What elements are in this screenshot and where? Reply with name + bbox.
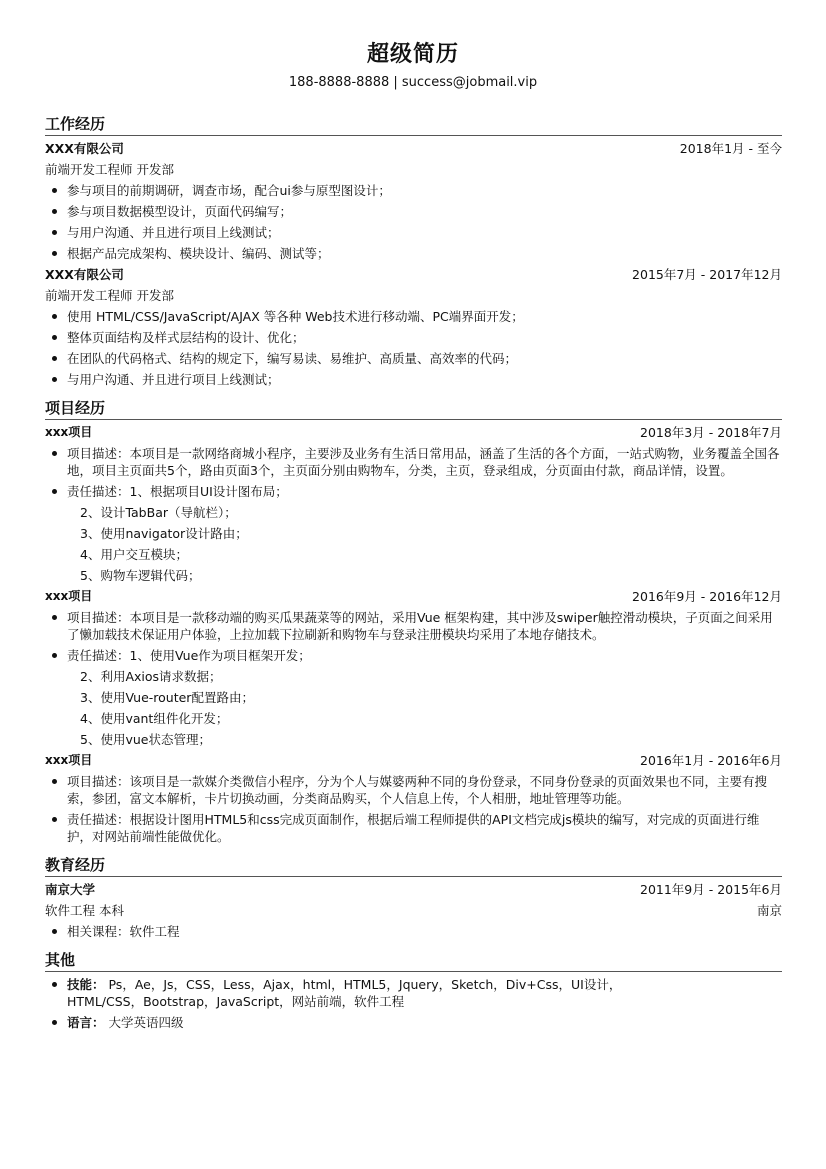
responsibility-step: 5、购物车逻辑代码； bbox=[67, 565, 782, 586]
contact-info: 188-8888-8888 | success@jobmail.vip bbox=[0, 74, 826, 92]
work-date: 2015年7月 - 2017年12月 bbox=[632, 264, 782, 285]
work-bullet: 参与项目的前期调研，调查市场，配合ui参与原型图设计； bbox=[67, 180, 782, 201]
work-bullet: 与用户沟通、并且进行项目上线测试； bbox=[67, 369, 782, 390]
project-entry: xxx项目 2016年1月 - 2016年6月 项目描述：该项目是一款媒介类微信… bbox=[45, 750, 782, 847]
work-bullet: 与用户沟通、并且进行项目上线测试； bbox=[67, 222, 782, 243]
project-date: 2018年3月 - 2018年7月 bbox=[640, 422, 782, 443]
company-name: XXX有限公司 bbox=[45, 138, 124, 159]
project-name: xxx项目 bbox=[45, 422, 92, 443]
skills-label: 技能： bbox=[67, 977, 105, 992]
project-description: 项目描述：本项目是一款移动端的购买瓜果蔬菜等的网站，采用Vue 框架构建，其中涉… bbox=[67, 607, 782, 645]
education-bullets: 相关课程：软件工程 bbox=[45, 921, 782, 942]
section-projects: 项目经历 xxx项目 2018年3月 - 2018年7月 项目描述：本项目是一款… bbox=[45, 398, 782, 847]
language-text: 大学英语四级 bbox=[105, 1015, 184, 1030]
work-date: 2018年1月 - 至今 bbox=[680, 138, 782, 159]
school-name: 南京大学 bbox=[45, 879, 95, 900]
work-bullet: 整体页面结构及样式层结构的设计、优化； bbox=[67, 327, 782, 348]
responsibility-step: 2、设计TabBar（导航栏）； bbox=[67, 502, 782, 523]
project-date: 2016年1月 - 2016年6月 bbox=[640, 750, 782, 771]
work-bullet: 参与项目数据模型设计，页面代码编写； bbox=[67, 201, 782, 222]
project-date: 2016年9月 - 2016年12月 bbox=[632, 586, 782, 607]
project-responsibility: 责任描述：根据设计图用HTML5和css完成页面制作，根据后端工程师提供的API… bbox=[67, 809, 782, 847]
language-item: 语言： 大学英语四级 bbox=[67, 1012, 782, 1033]
responsibility-step: 4、用户交互模块； bbox=[67, 544, 782, 565]
project-name: xxx项目 bbox=[45, 586, 92, 607]
responsibility-step: 3、使用Vue-router配置路由； bbox=[67, 687, 782, 708]
language-label: 语言： bbox=[67, 1015, 105, 1030]
resume-header: 超级简历 188-8888-8888 | success@jobmail.vip bbox=[0, 40, 826, 92]
job-role: 前端开发工程师 开发部 bbox=[45, 285, 782, 306]
company-name: XXX有限公司 bbox=[45, 264, 124, 285]
work-entry: XXX有限公司 2018年1月 - 至今 前端开发工程师 开发部 参与项目的前期… bbox=[45, 138, 782, 264]
responsibility-step: 5、使用vue状态管理； bbox=[67, 729, 782, 750]
education-bullet: 相关课程：软件工程 bbox=[67, 921, 782, 942]
work-bullets: 参与项目的前期调研，调查市场，配合ui参与原型图设计； 参与项目数据模型设计，页… bbox=[45, 180, 782, 264]
resume-page: 超级简历 188-8888-8888 | success@jobmail.vip… bbox=[0, 0, 826, 1169]
work-bullets: 使用 HTML/CSS/JavaScript/AJAX 等各种 Web技术进行移… bbox=[45, 306, 782, 390]
section-work: 工作经历 XXX有限公司 2018年1月 - 至今 前端开发工程师 开发部 参与… bbox=[45, 114, 782, 390]
responsibility-step: 4、使用vant组件化开发； bbox=[67, 708, 782, 729]
skills-text: Ps，Ae，Js，CSS，Less，Ajax，html，HTML5，Jquery… bbox=[67, 977, 621, 1009]
resume-content: 工作经历 XXX有限公司 2018年1月 - 至今 前端开发工程师 开发部 参与… bbox=[45, 114, 782, 1041]
section-title-work: 工作经历 bbox=[45, 114, 782, 136]
work-bullet: 根据产品完成架构、模块设计、编码、测试等； bbox=[67, 243, 782, 264]
resume-name: 超级简历 bbox=[0, 40, 826, 70]
job-role: 前端开发工程师 开发部 bbox=[45, 159, 782, 180]
project-name: xxx项目 bbox=[45, 750, 92, 771]
project-bullets: 项目描述：该项目是一款媒介类微信小程序，分为个人与媒婆两种不同的身份登录，不同身… bbox=[45, 771, 782, 847]
section-title-education: 教育经历 bbox=[45, 855, 782, 877]
project-entry: xxx项目 2018年3月 - 2018年7月 项目描述：本项目是一款网络商城小… bbox=[45, 422, 782, 586]
section-education: 教育经历 南京大学 2011年9月 - 2015年6月 软件工程 本科 南京 相… bbox=[45, 855, 782, 942]
work-entry: XXX有限公司 2015年7月 - 2017年12月 前端开发工程师 开发部 使… bbox=[45, 264, 782, 390]
project-responsibility: 责任描述：1、根据项目UI设计图布局； 2、设计TabBar（导航栏）； 3、使… bbox=[67, 481, 782, 586]
other-bullets: 技能： Ps，Ae，Js，CSS，Less，Ajax，html，HTML5，Jq… bbox=[45, 974, 782, 1033]
project-description: 项目描述：该项目是一款媒介类微信小程序，分为个人与媒婆两种不同的身份登录，不同身… bbox=[67, 771, 782, 809]
responsibility-first: 责任描述：1、根据项目UI设计图布局； bbox=[67, 484, 288, 499]
education-location: 南京 bbox=[757, 900, 782, 921]
project-description: 项目描述：本项目是一款网络商城小程序，主要涉及业务有生活日常用品，涵盖了生活的各… bbox=[67, 443, 782, 481]
major-degree: 软件工程 本科 bbox=[45, 900, 124, 921]
education-date: 2011年9月 - 2015年6月 bbox=[640, 879, 782, 900]
skills-item: 技能： Ps，Ae，Js，CSS，Less，Ajax，html，HTML5，Jq… bbox=[67, 974, 627, 1012]
responsibility-step: 3、使用navigator设计路由； bbox=[67, 523, 782, 544]
work-bullet: 在团队的代码格式、结构的规定下，编写易读、易维护、高质量、高效率的代码； bbox=[67, 348, 782, 369]
project-bullets: 项目描述：本项目是一款网络商城小程序，主要涉及业务有生活日常用品，涵盖了生活的各… bbox=[45, 443, 782, 586]
responsibility-first: 责任描述：1、使用Vue作为项目框架开发； bbox=[67, 648, 311, 663]
section-title-projects: 项目经历 bbox=[45, 398, 782, 420]
project-responsibility: 责任描述：1、使用Vue作为项目框架开发； 2、利用Axios请求数据； 3、使… bbox=[67, 645, 782, 750]
section-other: 其他 技能： Ps，Ae，Js，CSS，Less，Ajax，html，HTML5… bbox=[45, 950, 782, 1033]
project-bullets: 项目描述：本项目是一款移动端的购买瓜果蔬菜等的网站，采用Vue 框架构建，其中涉… bbox=[45, 607, 782, 750]
work-bullet: 使用 HTML/CSS/JavaScript/AJAX 等各种 Web技术进行移… bbox=[67, 306, 782, 327]
responsibility-step: 2、利用Axios请求数据； bbox=[67, 666, 782, 687]
section-title-other: 其他 bbox=[45, 950, 782, 972]
project-entry: xxx项目 2016年9月 - 2016年12月 项目描述：本项目是一款移动端的… bbox=[45, 586, 782, 750]
